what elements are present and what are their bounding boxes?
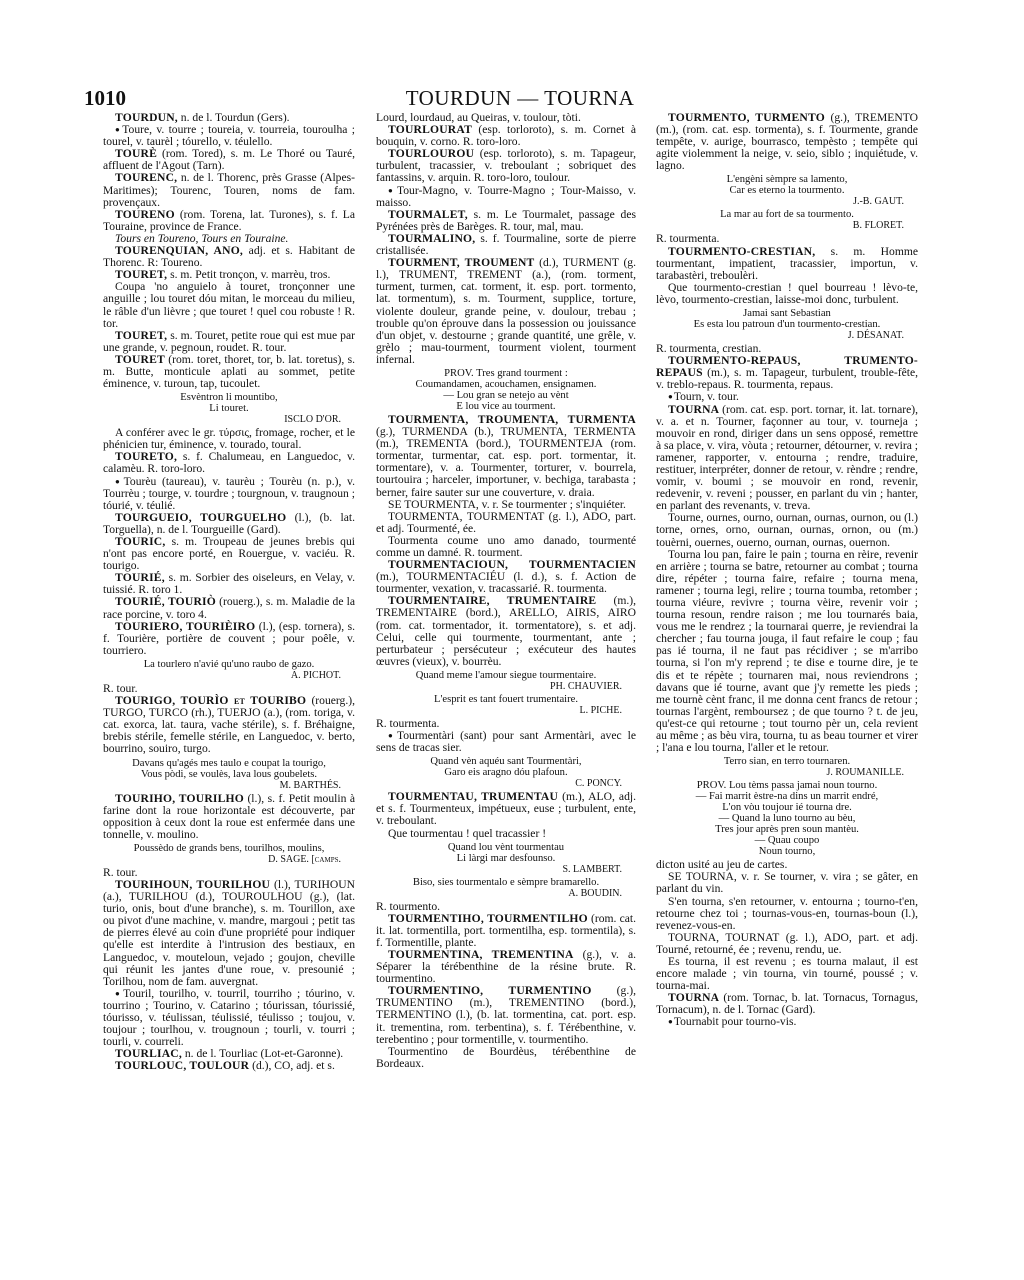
dictionary-entry: Coupa 'no anguielo à touret, tronçonner … [103,281,355,329]
entry-text: R. tour. [103,866,137,879]
citation-quote: PROV. Lou tèms passa jamai noun tourno.—… [656,780,918,857]
dictionary-entry: TOURLOUC, TOULOUR (d.), CO, adj. et s. [103,1060,355,1072]
headword: TOURMENT, TROUMENT [388,256,534,269]
dictionary-entry: Tournabit pour tourno-vis. [656,1016,918,1028]
quote-line: Terro sian, en terro tournaren. [656,756,918,767]
dictionary-entry: Tourna lou pan, faire le pain ; tourna e… [656,549,918,755]
citation-quote: PROV. Tres grand tourment :Coumandamen, … [376,368,636,412]
headword: TOURMENTA, TROUMENTA, TURMENTA [388,413,636,426]
entry-text: (m.), TOURMENTACIÉU (l. d.), s. f. Actio… [376,570,636,595]
quote-line: — Fai marrit èstre-na dins un marrit end… [656,791,918,802]
entry-text: Que tourmentau ! quel tracassier ! [388,827,546,840]
quote-line: Tres jour après pren soun mantèu. [656,824,918,835]
dictionary-entry: TOURIÉ, s. m. Sorbier des oiseleurs, en … [103,572,355,596]
headword: TOURMALET, [388,208,468,221]
entry-text: (rom. cat. esp. port. tornar, it. lat. t… [656,403,918,513]
quote-author: PH. CHAUVIER. [376,681,636,692]
dictionary-entry: TOURMENTA, TROUMENTA, TURMENTA (g.), TUR… [376,414,636,499]
entry-text: SE TOURNA, v. r. Se tourner, v. vira ; s… [656,870,918,895]
entry-text: Tour-Magno, v. Tourre-Magno ; Tour-Maiss… [376,184,636,209]
quote-line: E lou vice au tourment. [376,401,636,412]
quote-line: Quand vèn aquéu sant Tourmentàri, [376,756,636,767]
dictionary-entry: TOURMENTINA, TREMENTINA (g.), v. a. Sépa… [376,949,636,985]
quote-author: J. DÉSANAT. [656,330,918,341]
entry-text: Tourèu (taureau), v. taurèu ; Tourèu (n.… [103,475,355,512]
quote-author: ISCLO D'OR. [103,414,355,425]
headword: TOURETO, [115,450,177,463]
entry-text: Tourmenta coume uno amo danado, tourment… [376,534,636,559]
dictionary-entry: TOURGUEIO, TOURGUELHO (l.), (b. lat. Tor… [103,512,355,536]
entry-text: SE TOURMENTA, v. r. Se tourmenter ; s'in… [388,498,626,511]
dictionary-entry: Que tourmentau ! quel tracassier ! [376,828,636,840]
quote-line: Esvèntron li mountibo, [103,392,355,403]
quote-line: — Quand la luno tourno au bèu, [656,813,918,824]
entry-text: S'en tourna, s'en retourner, v. entourna… [656,895,918,932]
headword: TOURIGO, TOURÌO et TOURIBO [115,694,306,707]
quote-author: M. BARTHÉS. [103,780,355,791]
dictionary-entry: TOURMALINO, s. f. Tourmaline, sorte de p… [376,233,636,257]
entry-text: n. de l. Tourliac (Lot-et-Garonne). [182,1047,343,1060]
dictionary-entry: Es tourna, il est revenu ; es tourna mal… [656,956,918,992]
entry-text: R. tourmenta, crestian. [656,342,761,355]
quote-line: Davans qu'agés mes taulo e coupat la tou… [103,758,355,769]
quote-author: J. ROUMANILLE. [656,767,918,778]
dictionary-entry: TOURMENTACIOUN, TOURMENTACIEN (m.), TOUR… [376,559,636,595]
quote-author: D. SAGE. [camps. [103,854,355,865]
dictionary-entry: TOURENO (rom. Torena, lat. Turones), s. … [103,209,355,233]
entry-text: Tournabit pour tourno-vis. [674,1015,797,1028]
entry-text: TOURNA, TOURNAT (g. l.), ADO, part. et a… [656,931,918,956]
citation-quote: L'engèni sèmpre sa lamento,Car es eterno… [656,174,918,207]
headword: TOURLOUC, TOULOUR [115,1059,249,1072]
headword: TOURET, [115,268,167,281]
entry-text: R. tourmento. [376,900,440,913]
dictionary-entry: Tourmenta coume uno amo danado, tourment… [376,535,636,559]
dictionary-entry: TOURIHO, TOURILHO (l.), s. f. Petit moul… [103,793,355,841]
dictionary-entry: Tourne, ournes, ourno, ournan, ournas, o… [656,512,918,548]
entry-text: Tourn, v. tour. [674,390,739,403]
dictionary-entry: TOURIÉ, TOURIÒ (rouerg.), s. m. Maladie … [103,596,355,620]
quote-line: Vous pòdi, se voulès, lava lous goubelet… [103,769,355,780]
dictionary-entry: TOURIC, s. m. Troupeau de jeunes brebis … [103,536,355,572]
dictionary-entry: Que tourmento-crestian ! quel bourreau !… [656,282,918,306]
quote-line: Biso, sies tourmentalo e sèmpre bramarel… [376,877,636,888]
quote-author: J.-B. GAUT. [656,196,918,207]
entry-text: Tourmentàri (sant) pour sant Armentàri, … [376,729,636,754]
entry-text: s. m. Petit tronçon, v. marrèu, tros. [167,268,330,281]
dictionary-entry: A conférer avec le gr. τύρσις, fromage, … [103,427,355,451]
dictionary-entry: TOURMENTO, TURMENTO (g.), TREMENTO (m.),… [656,112,918,172]
dictionary-entry: S'en tourna, s'en retourner, v. entourna… [656,896,918,932]
quote-line: La tourlero n'avié qu'uno raubo de gazo. [103,659,355,670]
entry-text: TOURMENTA, TOURMENTAT (g. l.), ADO, part… [376,510,636,535]
quote-line: Garo eis aragno dóu plafoun. [376,767,636,778]
dictionary-entry: TOURET (rom. toret, thoret, tor, b. lat.… [103,354,355,390]
dictionary-entry: TOURLOURAT (esp. torloroto), s. m. Corne… [376,124,636,148]
dictionary-entry: TOURNA, TOURNAT (g. l.), ADO, part. et a… [656,932,918,956]
dictionary-entry: TOURETO, s. f. Chalumeau, en Languedoc, … [103,451,355,475]
dictionary-entry: TOURMENTAU, TRUMENTAU (m.), ALO, adj. et… [376,791,636,827]
headword: TOURMENTAU, TRUMENTAU [388,790,558,803]
dictionary-entry: Tourmentàri (sant) pour sant Armentàri, … [376,730,636,754]
headword: TOURDUN, [115,111,178,124]
entry-text: Es tourna, il est revenu ; es tourna mal… [656,955,918,992]
entry-text: Coupa 'no anguielo à touret, tronçonner … [103,280,355,329]
dictionary-entry: Tourèu (taureau), v. taurèu ; Tourèu (n.… [103,476,355,512]
entry-text: Tours en Toureno, Tours en Touraine. [115,232,288,245]
quote-line: Li làrgi mar desfounso. [376,853,636,864]
dictionary-entry: TOURMENT, TROUMENT (d.), TURMENT (g. l.)… [376,257,636,366]
dictionary-entry: SE TOURNA, v. r. Se tourner, v. vira ; s… [656,871,918,895]
quote-author: C. PONCY. [376,778,636,789]
entry-text: R. tourmenta. [656,232,719,245]
entry-text: Tourna lou pan, faire le pain ; tourna e… [656,548,918,755]
headword: TOURIC, [115,535,165,548]
citation-quote: La tourlero n'avié qu'uno raubo de gazo.… [103,659,355,681]
column-2: Lourd, lourdaud, au Queiras, v. toulour,… [376,112,636,1070]
dictionary-entry: TOURIHOUN, TOURILHOU (l.), TURIHOUN (a.)… [103,879,355,988]
headword: TOURIHOUN, TOURILHOU [115,878,270,891]
bullet-icon [115,987,123,1000]
citation-quote: Esvèntron li mountibo,Li touret.ISCLO D'… [103,392,355,425]
quote-line: Poussèdo de grands bens, tourilhos, moul… [103,843,355,854]
citation-quote: Poussèdo de grands bens, tourilhos, moul… [103,843,355,865]
citation-quote: Jamai sant SebastianEs esta lou patroun … [656,308,918,341]
quote-line: Coumandamen, acouchamen, ensignamen. [376,379,636,390]
entry-text: Touril, tourilho, v. tourril, tourriho ;… [103,987,355,1048]
quote-author: A. BOUDIN. [376,888,636,899]
entry-text: R. tour. [103,682,137,695]
headword: TOURLOURAT [388,123,472,136]
headword: TOURIHO, TOURILHO [115,792,244,805]
quote-line: PROV. Tres grand tourment : [376,368,636,379]
headword: TOURMENTO, TURMENTO [668,111,825,124]
dictionary-entry: TOURENQUIAN, ANO, adj. et s. Habitant de… [103,245,355,269]
dictionary-entry: TOURMENTO-REPAUS, TRUMENTO-REPAUS (m.), … [656,355,918,391]
headword: TOURNA [668,403,719,416]
dictionary-entry: TOURET, s. m. Touret, petite roue qui es… [103,330,355,354]
headword: TOURIÉ, TOURIÒ [115,595,216,608]
quote-line: L'on vòu toujour ié tourna dre. [656,802,918,813]
quote-line: — Quau coupo [656,835,918,846]
bullet-icon [388,184,397,197]
quote-author: A. PICHOT. [103,670,355,681]
dictionary-entry: TOURMENTA, TOURMENTAT (g. l.), ADO, part… [376,511,636,535]
headword: TOURENC, [115,171,177,184]
dictionary-entry: TOURMENTO-CRESTIAN, s. m. Homme tourment… [656,246,918,282]
quote-line: La mar au fort de sa tourmento. [656,209,918,220]
headword: TOURGUEIO, TOURGUELHO [115,511,286,524]
quote-line: L'engèni sèmpre sa lamento, [656,174,918,185]
dictionary-entry: TOURNA (rom. cat. esp. port. tornar, it.… [656,404,918,513]
dictionary-entry: Touril, tourilho, v. tourril, tourriho ;… [103,988,355,1048]
quote-line: Car es eterno la tourmento. [656,185,918,196]
entry-text: (d.), TURMENT (g. l.), TRUMENT, TREMENT … [376,256,636,366]
entry-text: dicton usité au jeu de cartes. [656,858,787,871]
headword: TOURLIAC, [115,1047,182,1060]
entry-text: (d.), CO, adj. et s. [249,1059,335,1072]
dictionary-entry: TOURMENTIHO, TOURMENTILHO (rom. cat. it.… [376,913,636,949]
quote-line: Noun tourno, [656,846,918,857]
entry-text: Toure, v. tourre ; toureia, v. tourreia,… [103,123,355,148]
quote-line: Quand meme l'amour siegue tourmentaire. [376,670,636,681]
quote-line: Jamai sant Sebastian [656,308,918,319]
quote-author: S. LAMBERT. [376,864,636,875]
quote-line: — Lou gran se netejo au vènt [376,390,636,401]
headword: TOURMALINO, [388,232,475,245]
headword: TOURMENTIHO, TOURMENTILHO [388,912,588,925]
dictionary-entry: TOURMENTINO, TURMENTINO (g.), TRUMENTINO… [376,985,636,1045]
entry-text: Que tourmento-crestian ! quel bourreau !… [656,281,918,306]
headword: TOURIERO, TOURIÈIRO [115,620,255,633]
quote-line: Li touret. [103,403,355,414]
page-number: 1010 [84,86,126,111]
headword: TOURMENTO-CRESTIAN, [668,245,815,258]
dictionary-entry: TOURMENTAIRE, TRUMENTAIRE (m.), TREMENTA… [376,595,636,668]
entry-text: Tourne, ournes, ourno, ournan, ournas, o… [656,511,918,548]
dictionary-entry: TOURIGO, TOURÌO et TOURIBO (rouerg.), TU… [103,695,355,755]
citation-quote: Quand vèn aquéu sant Tourmentàri,Garo ei… [376,756,636,789]
quote-author: B. FLORET. [656,220,918,231]
headword: TOURET, [115,329,167,342]
citation-quote: L'esprit es tant fouert trumentaire.L. P… [376,694,636,716]
entry-text: (l.), TURIHOUN (a.), TURILHOU (d.), TOUR… [103,878,355,988]
headword: TOURNA [668,991,719,1004]
dictionary-entry: Toure, v. tourre ; toureia, v. tourreia,… [103,124,355,148]
entry-text: Lourd, lourdaud, au Queiras, v. toulour,… [376,111,581,124]
citation-quote: Biso, sies tourmentalo e sèmpre bramarel… [376,877,636,899]
quote-line: L'esprit es tant fouert trumentaire. [376,694,636,705]
citation-quote: Quand meme l'amour siegue tourmentaire.P… [376,670,636,692]
headword: TOURMENTINO, TURMENTINO [388,984,592,997]
quote-author: L. PICHE. [376,705,636,716]
dictionary-page: 1010 TOURDUN — TOURNA TOURDUN, n. de l. … [0,0,1024,1280]
quote-line: Quand lou vènt tourmentau [376,842,636,853]
headword: TOURENO [115,208,175,221]
quote-line: Es esta lou patroun d'un tourmento-crest… [656,319,918,330]
entry-text: (g.), TURMENDA (b.), TRUMENTA, TERMENTA … [376,425,636,498]
entry-text: R. tourmenta. [376,717,439,730]
dictionary-entry: TOURIERO, TOURIÈIRO (l.), (esp. tornera)… [103,621,355,657]
dictionary-entry: TOURLOUROU (esp. torloroto), s. m. Tapag… [376,148,636,184]
citation-quote: Davans qu'agés mes taulo e coupat la tou… [103,758,355,791]
headword: TOURIÉ, [115,571,165,584]
citation-quote: La mar au fort de sa tourmento.B. FLORET… [656,209,918,231]
dictionary-entry: Tour-Magno, v. Tourre-Magno ; Tour-Maiss… [376,185,636,209]
citation-quote: Quand lou vènt tourmentauLi làrgi mar de… [376,842,636,875]
headword: TOURENQUIAN, ANO, [115,244,243,257]
dictionary-entry: TOURNA (rom. Tornac, b. lat. Tornacus, T… [656,992,918,1016]
column-3: TOURMENTO, TURMENTO (g.), TREMENTO (m.),… [656,112,918,1029]
running-head: TOURDUN — TOURNA [370,86,670,111]
dictionary-entry: TOURENC, n. de l. Thorenc, près Grasse (… [103,172,355,208]
dictionary-entry: Tourmentino de Bourdèus, térébenthine de… [376,1046,636,1070]
headword: TOURET [115,353,165,366]
quote-line: PROV. Lou tèms passa jamai noun tourno. [656,780,918,791]
dictionary-entry: TOURÈ (rom. Tored), s. m. Le Thoré ou Ta… [103,148,355,172]
headword: TOURLOUROU [388,147,474,160]
headword: TOURÈ [115,147,157,160]
bullet-icon [115,475,124,488]
column-1: TOURDUN, n. de l. Tourdun (Gers).Toure, … [103,112,355,1072]
headword: TOURMENTINA, TREMENTINA [388,948,574,961]
entry-text: A conférer avec le gr. τύρσις, fromage, … [103,426,355,451]
bullet-icon [388,729,397,742]
dictionary-entry: TOURMALET, s. m. Le Tourmalet, passage d… [376,209,636,233]
entry-text: Tourmentino de Bourdèus, térébenthine de… [376,1045,636,1070]
citation-quote: Terro sian, en terro tournaren.J. ROUMAN… [656,756,918,778]
headword: TOURMENTAIRE, TRUMENTAIRE [388,594,596,607]
entry-text: n. de l. Tourdun (Gers). [178,111,290,124]
